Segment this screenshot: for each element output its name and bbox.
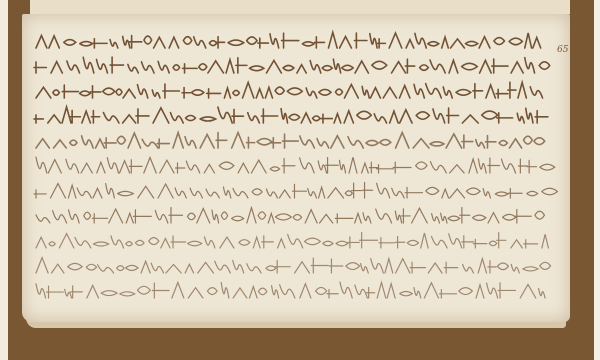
margin-note: 65: [557, 45, 568, 55]
script-line: [36, 133, 545, 148]
script-line: [36, 82, 543, 98]
photo-margin-right: [594, 0, 600, 360]
script-line: [36, 32, 541, 48]
script-line: [34, 183, 557, 198]
photo-margin-left: [0, 0, 8, 360]
script-line: [36, 282, 545, 298]
script-line: [34, 107, 548, 123]
script-line: [36, 208, 544, 223]
script-line: [36, 157, 555, 173]
script-lines: [22, 14, 570, 322]
script-line: [36, 233, 548, 248]
script-line: [36, 258, 551, 273]
script-line: [34, 57, 550, 73]
manuscript-photo: 65: [0, 0, 600, 360]
